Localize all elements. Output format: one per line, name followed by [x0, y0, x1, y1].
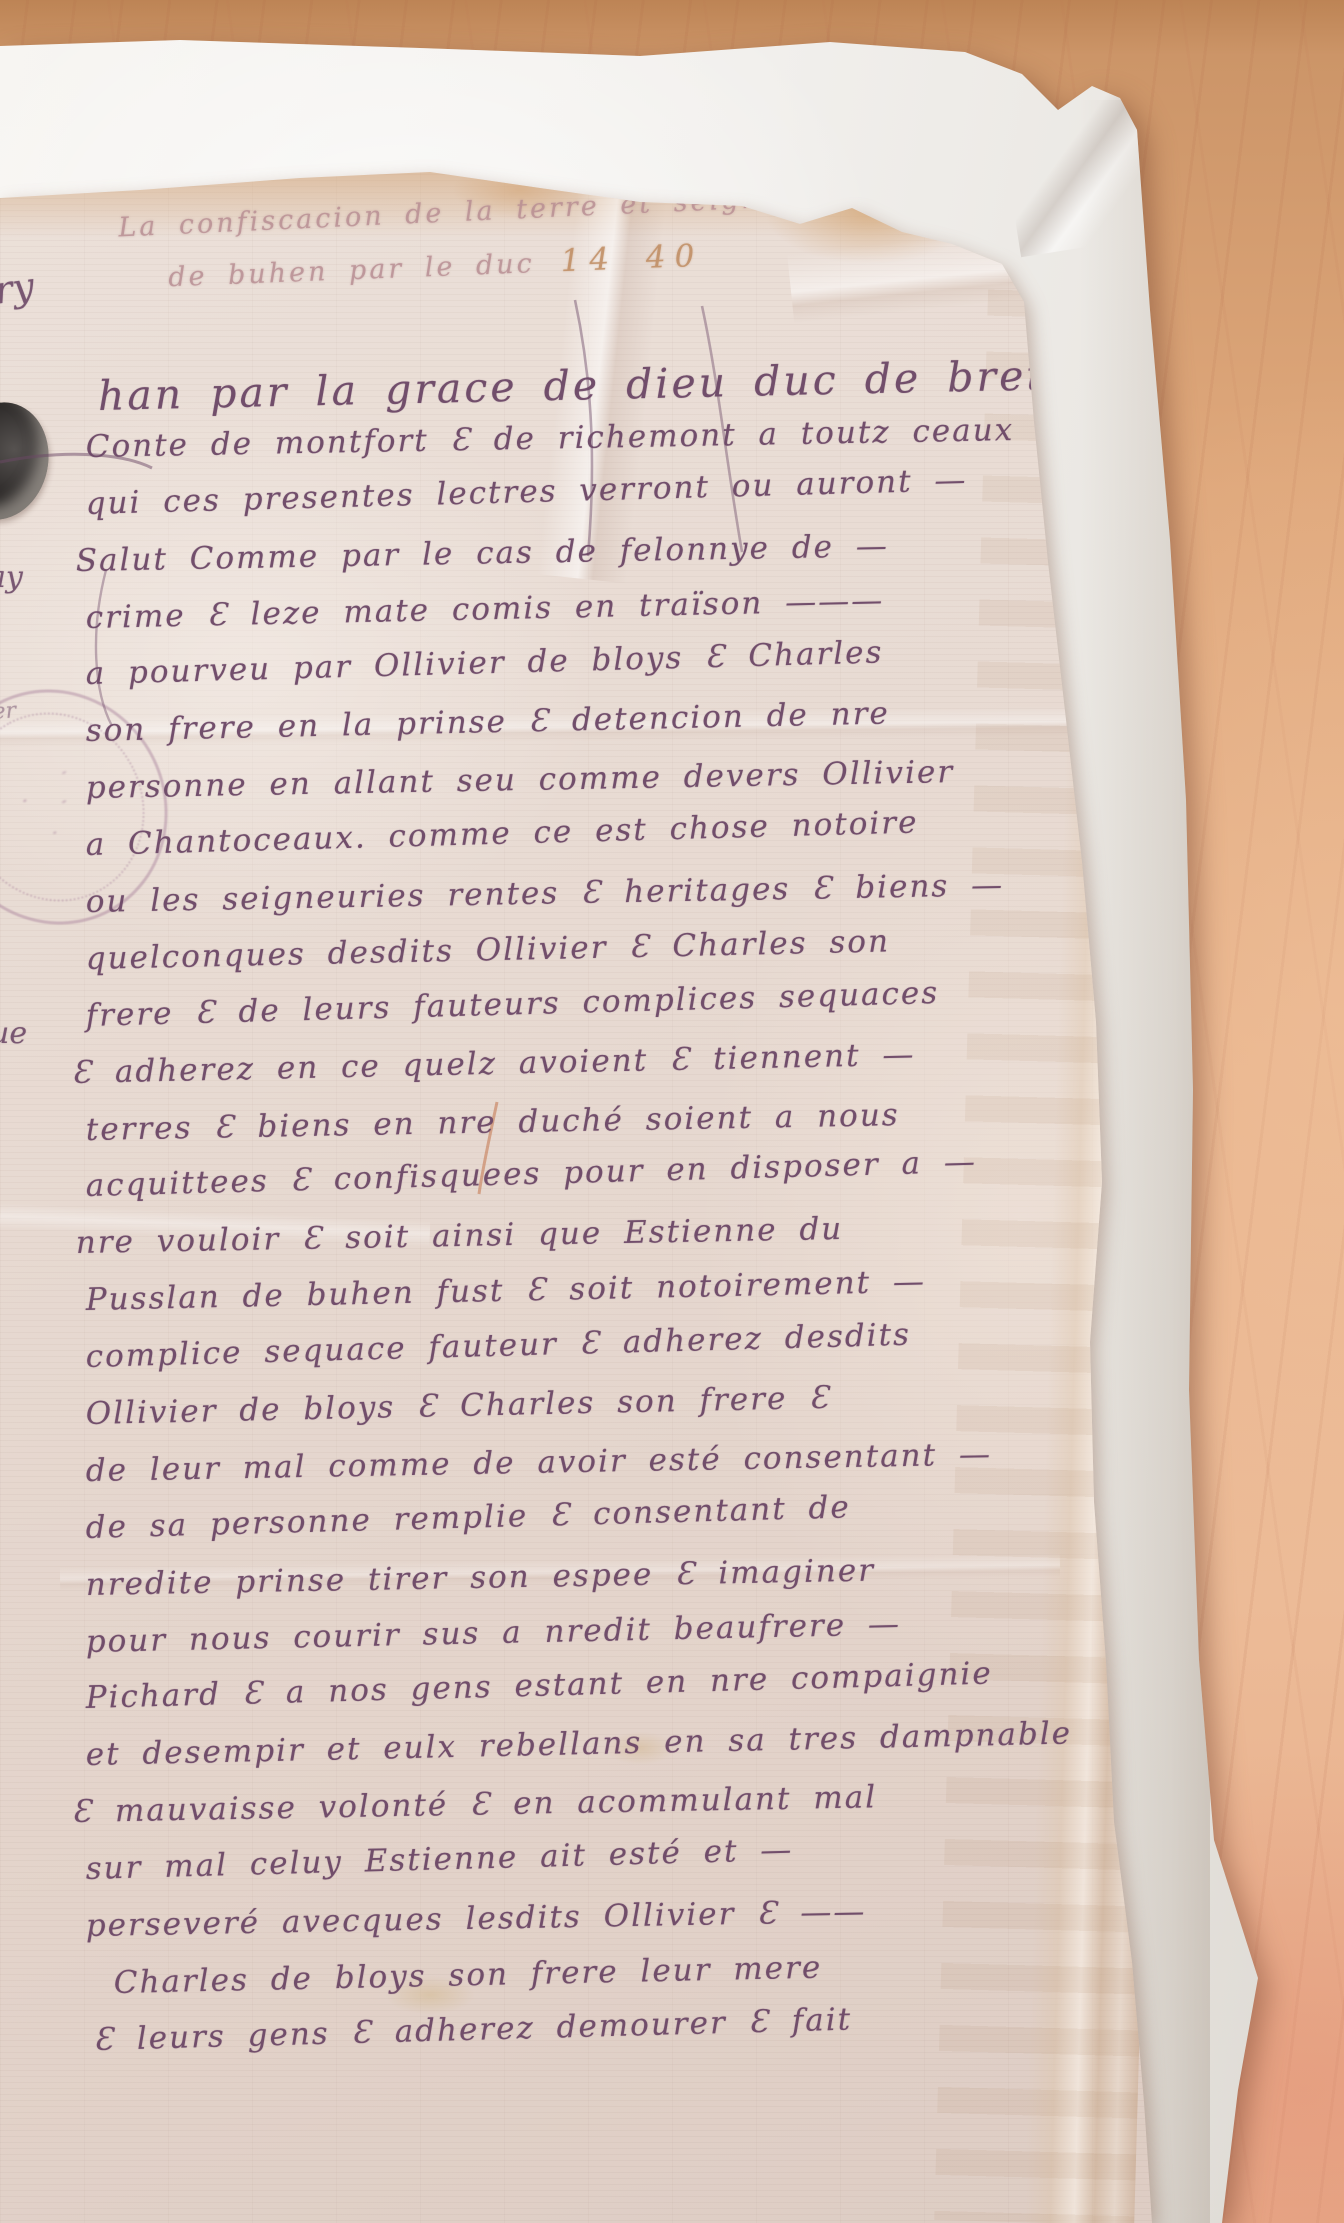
margin-fragment: ay	[0, 560, 23, 595]
body-lines: han par la grace de dieu duc de bretaign…	[72, 372, 1132, 2079]
archival-title-line2-text: de buhen par le duc	[168, 248, 536, 293]
manuscript-wrap: La confiscacion de la terre et seigneuri…	[0, 0, 1344, 2223]
manuscript-page: La confiscacion de la terre et seigneuri…	[0, 0, 1344, 2223]
dark-clip-object	[0, 393, 59, 528]
archival-title-line2: de buhen par le duc14 40	[168, 238, 704, 295]
margin-fragment: ue	[0, 1016, 27, 1051]
margin-fragment: ury	[0, 264, 37, 316]
margin-fragment: ivier	[0, 698, 17, 726]
photo-scene: La confiscacion de la terre et seigneuri…	[0, 0, 1344, 2223]
archival-date: 14 40	[560, 238, 704, 279]
